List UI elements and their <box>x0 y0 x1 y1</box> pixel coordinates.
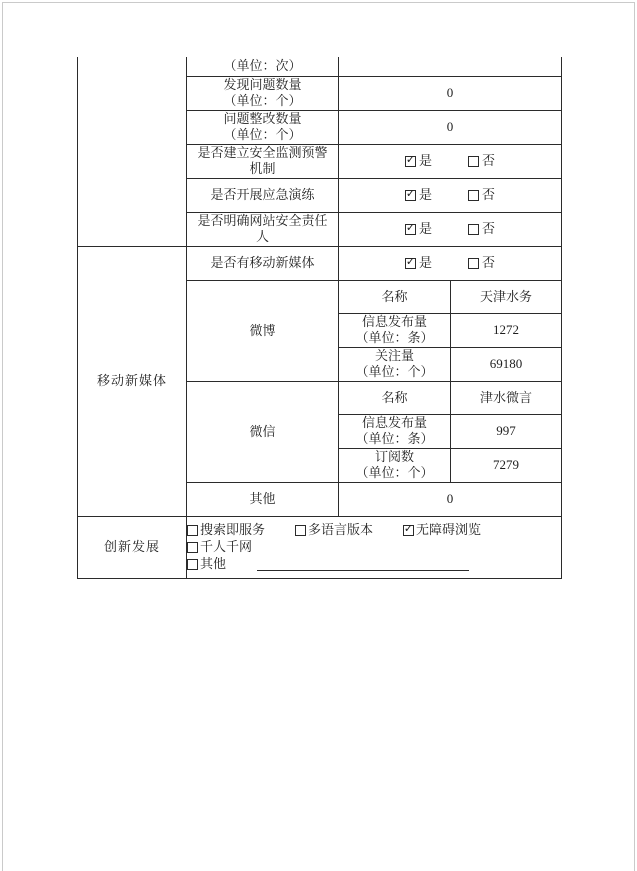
value-problems-rectified: 0 <box>339 110 562 144</box>
checkbox-checked-icon: ✓ <box>403 525 414 536</box>
value-wechat-posts: 997 <box>451 414 562 448</box>
other-fill-in-blank-line <box>257 557 469 571</box>
value-weibo-name: 天津水务 <box>451 280 562 313</box>
option-multilingual: ✓ 多语言版本 <box>295 522 373 538</box>
no-option: ✓ 否 <box>468 221 495 237</box>
no-label: 否 <box>482 221 495 237</box>
value-unit-times <box>339 57 562 76</box>
no-label: 否 <box>482 153 495 169</box>
yes-label: 是 <box>419 153 432 169</box>
label-weibo-posts: 信息发布量 （单位：条） <box>339 313 451 347</box>
yes-label: 是 <box>419 187 432 203</box>
label-weibo-name: 名称 <box>339 280 451 313</box>
checkbox-unchecked-icon: ✓ <box>468 224 479 235</box>
option-label: 搜索即服务 <box>200 522 265 538</box>
check-mark-icon: ✓ <box>406 257 415 268</box>
option-label: 其他 <box>200 556 226 572</box>
label-security-monitoring: 是否建立安全监测预警 机制 <box>187 144 339 178</box>
option-thousand-sites: ✓ 千人千网 <box>187 539 252 555</box>
yes-option: ✓ 是 <box>405 187 432 203</box>
value-wechat-name: 津水微言 <box>451 381 562 414</box>
checkbox-unchecked-icon: ✓ <box>187 525 198 536</box>
innovation-line-3: ✓ 其他 <box>187 556 561 573</box>
option-label: 千人千网 <box>200 539 252 555</box>
category-mobile-media: 移动新媒体 <box>78 246 187 516</box>
innovation-line-1: ✓ 搜索即服务 ✓ 多语言版本 ✓ 无障碍浏览 <box>187 522 561 539</box>
yesno-has-mobile-media: ✓ 是 ✓ 否 <box>339 246 562 280</box>
category-innovation: 创新发展 <box>78 516 187 578</box>
value-wechat-subscribers: 7279 <box>451 448 562 482</box>
checkbox-unchecked-icon: ✓ <box>187 559 198 570</box>
no-option: ✓ 否 <box>468 187 495 203</box>
row-innovation: 创新发展 ✓ 搜索即服务 ✓ 多语言版本 ✓ 无障碍浏览 ✓ <box>78 516 562 578</box>
no-label: 否 <box>482 187 495 203</box>
yes-label: 是 <box>419 255 432 271</box>
label-problems-rectified: 问题整改数量 （单位：个） <box>187 110 339 144</box>
label-wechat: 微信 <box>187 381 339 482</box>
checkbox-unchecked-icon: ✓ <box>187 542 198 553</box>
label-has-mobile-media: 是否有移动新媒体 <box>187 246 339 280</box>
label-weibo-followers: 关注量 （单位：个） <box>339 347 451 381</box>
label-emergency-drill: 是否开展应急演练 <box>187 178 339 212</box>
value-other-media: 0 <box>339 482 562 516</box>
value-weibo-followers: 69180 <box>451 347 562 381</box>
option-label: 多语言版本 <box>308 522 373 538</box>
yesno-emergency-drill: ✓ 是 ✓ 否 <box>339 178 562 212</box>
label-weibo: 微博 <box>187 280 339 381</box>
checkbox-unchecked-icon: ✓ <box>295 525 306 536</box>
annual-report-table: （单位：次） 发现问题数量 （单位：个） 0 问题整改数量 （单位：个） 0 是… <box>77 57 562 579</box>
checkbox-checked-icon: ✓ <box>405 258 416 269</box>
check-mark-icon: ✓ <box>404 524 413 535</box>
option-other: ✓ 其他 <box>187 556 226 572</box>
yes-option: ✓ 是 <box>405 221 432 237</box>
option-accessible-browsing: ✓ 无障碍浏览 <box>403 522 481 538</box>
option-search-as-service: ✓ 搜索即服务 <box>187 522 265 538</box>
label-wechat-name: 名称 <box>339 381 451 414</box>
yesno-security-monitoring: ✓ 是 ✓ 否 <box>339 144 562 178</box>
check-mark-icon: ✓ <box>406 155 415 166</box>
check-mark-icon: ✓ <box>406 223 415 234</box>
label-other-media: 其他 <box>187 482 339 516</box>
row-has-mobile-media: 移动新媒体 是否有移动新媒体 ✓ 是 ✓ 否 <box>78 246 562 280</box>
checkbox-checked-icon: ✓ <box>405 156 416 167</box>
option-label: 无障碍浏览 <box>416 522 481 538</box>
no-option: ✓ 否 <box>468 255 495 271</box>
no-option: ✓ 否 <box>468 153 495 169</box>
innovation-line-2: ✓ 千人千网 <box>187 539 561 556</box>
checkbox-unchecked-icon: ✓ <box>468 156 479 167</box>
innovation-options-cell: ✓ 搜索即服务 ✓ 多语言版本 ✓ 无障碍浏览 ✓ 千人千网 <box>187 516 562 578</box>
label-wechat-subscribers: 订阅数 （单位：个） <box>339 448 451 482</box>
value-problems-found: 0 <box>339 76 562 110</box>
label-security-responsible: 是否明确网站安全责任 人 <box>187 212 339 246</box>
label-unit-times: （单位：次） <box>187 57 339 76</box>
category-cell-empty <box>78 57 187 246</box>
no-label: 否 <box>482 255 495 271</box>
label-problems-found: 发现问题数量 （单位：个） <box>187 76 339 110</box>
checkbox-unchecked-icon: ✓ <box>468 258 479 269</box>
yes-option: ✓ 是 <box>405 153 432 169</box>
yes-option: ✓ 是 <box>405 255 432 271</box>
checkbox-unchecked-icon: ✓ <box>468 190 479 201</box>
checkbox-checked-icon: ✓ <box>405 224 416 235</box>
checkbox-checked-icon: ✓ <box>405 190 416 201</box>
row-unit-times: （单位：次） <box>78 57 562 76</box>
check-mark-icon: ✓ <box>406 189 415 200</box>
yes-label: 是 <box>419 221 432 237</box>
value-weibo-posts: 1272 <box>451 313 562 347</box>
yesno-security-responsible: ✓ 是 ✓ 否 <box>339 212 562 246</box>
label-wechat-posts: 信息发布量 （单位：条） <box>339 414 451 448</box>
